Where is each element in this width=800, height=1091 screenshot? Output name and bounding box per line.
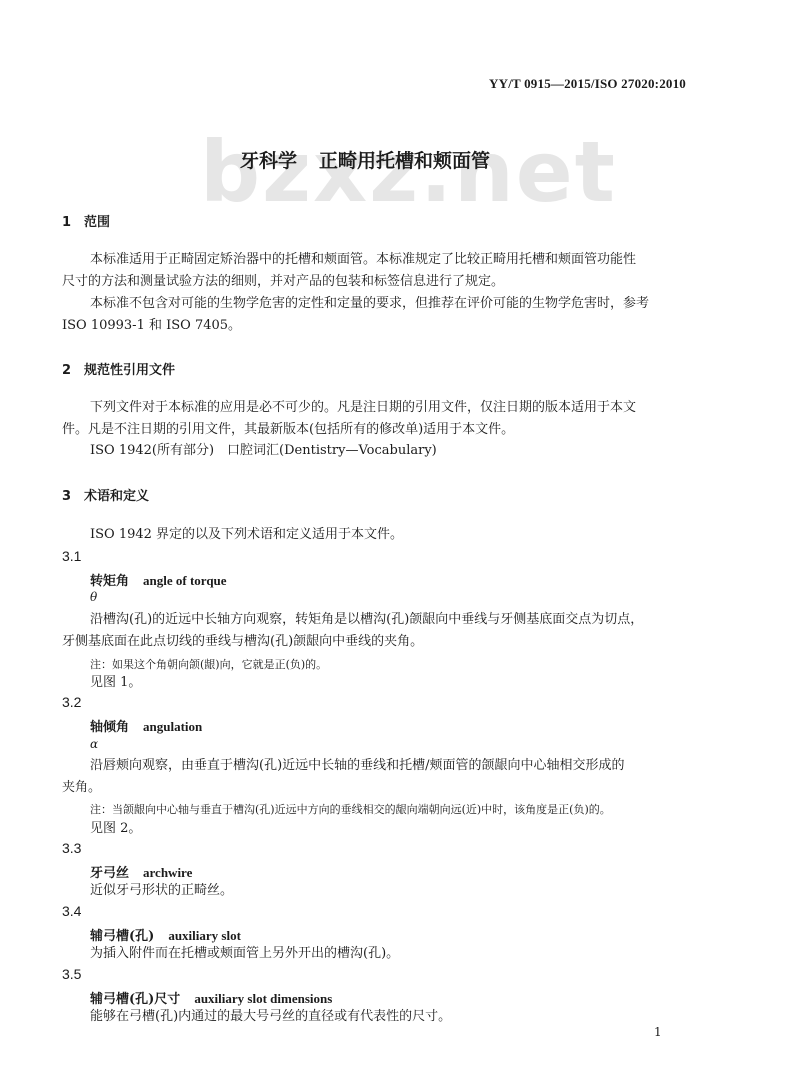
term-3-1: 转矩角angle of torque	[90, 570, 227, 589]
section-2-heading: 2规范性引用文件	[62, 359, 175, 378]
section-1-para-2-line-2: ISO 10993-1 和 ISO 7405。	[62, 317, 241, 335]
see-figure-2: 见图 2。	[90, 820, 141, 838]
section-1-para-1-line-2: 尺寸的方法和测量试验方法的细则，并对产品的包装和标签信息进行了规定。	[62, 273, 504, 291]
definition-3-3: 近似牙弓形状的正畸丝。	[90, 882, 233, 900]
section-1-heading: 1范围	[62, 211, 110, 230]
definition-3-4: 为插入附件而在托槽或颊面管上另外开出的槽沟(孔)。	[90, 945, 399, 963]
term-3-3: 牙弓丝archwire	[90, 862, 192, 881]
see-figure-1: 见图 1。	[90, 674, 141, 692]
normative-reference: ISO 1942(所有部分) 口腔词汇(Dentistry—Vocabulary…	[90, 442, 437, 460]
section-3-heading: 3术语和定义	[62, 485, 149, 504]
title-part-1: 牙科学	[240, 150, 297, 172]
section-2-para-line-1: 下列文件对于本标准的应用是必不可少的。凡是注日期的引用文件，仅注日期的版本适用于…	[90, 399, 636, 417]
definition-3-1-line-1: 沿槽沟(孔)的近远中长轴方向观察，转矩角是以槽沟(孔)颌龈向中垂线与牙侧基底面交…	[90, 611, 643, 629]
page-number: 1	[654, 1025, 662, 1039]
clause-3-3: 3.3	[62, 840, 81, 856]
definition-3-2-line-2: 夹角。	[62, 779, 101, 797]
definition-3-5: 能够在弓槽(孔)内通过的最大号弓丝的直径或有代表性的尺寸。	[90, 1008, 451, 1026]
clause-3-1: 3.1	[62, 548, 81, 564]
clause-3-2: 3.2	[62, 694, 81, 710]
term-3-5: 辅弓槽(孔)尺寸auxiliary slot dimensions	[90, 988, 332, 1007]
section-1-para-2-line-1: 本标准不包含对可能的生物学危害的定性和定量的要求，但推荐在评价可能的生物学危害时…	[90, 295, 649, 313]
clause-3-5: 3.5	[62, 966, 81, 982]
definition-3-1-line-2: 牙侧基底面在此点切线的垂线与槽沟(孔)颌龈向中垂线的夹角。	[62, 633, 423, 651]
term-3-4: 辅弓槽(孔)auxiliary slot	[90, 925, 241, 944]
note-3-2: 注：当颌龈向中心轴与垂直于槽沟(孔)近远中方向的垂线相交的龈向端朝向远(近)中时…	[90, 801, 611, 817]
definition-3-2-line-1: 沿唇颊向观察，由垂直于槽沟(孔)近远中长轴的垂线和托槽/颊面管的颌龈向中心轴相交…	[90, 757, 625, 775]
symbol-theta: θ	[90, 590, 97, 604]
title-part-2: 正畸用托槽和颊面管	[319, 150, 490, 172]
symbol-alpha: α	[90, 737, 98, 751]
standard-code: YY/T 0915—2015/ISO 27020:2010	[489, 76, 686, 92]
section-2-para-line-2: 件。凡是不注日期的引用文件，其最新版本(包括所有的修改单)适用于本文件。	[62, 421, 514, 439]
section-3-intro: ISO 1942 界定的以及下列术语和定义适用于本文件。	[90, 526, 403, 544]
section-1-para-1-line-1: 本标准适用于正畸固定矫治器中的托槽和颊面管。本标准规定了比较正畸用托槽和颊面管功…	[90, 251, 636, 269]
term-3-2: 轴倾角angulation	[90, 716, 202, 735]
note-3-1: 注：如果这个角朝向颌(龈)向，它就是正(负)的。	[90, 656, 327, 672]
document-title: 牙科学正畸用托槽和颊面管	[240, 146, 490, 173]
clause-3-4: 3.4	[62, 903, 81, 919]
